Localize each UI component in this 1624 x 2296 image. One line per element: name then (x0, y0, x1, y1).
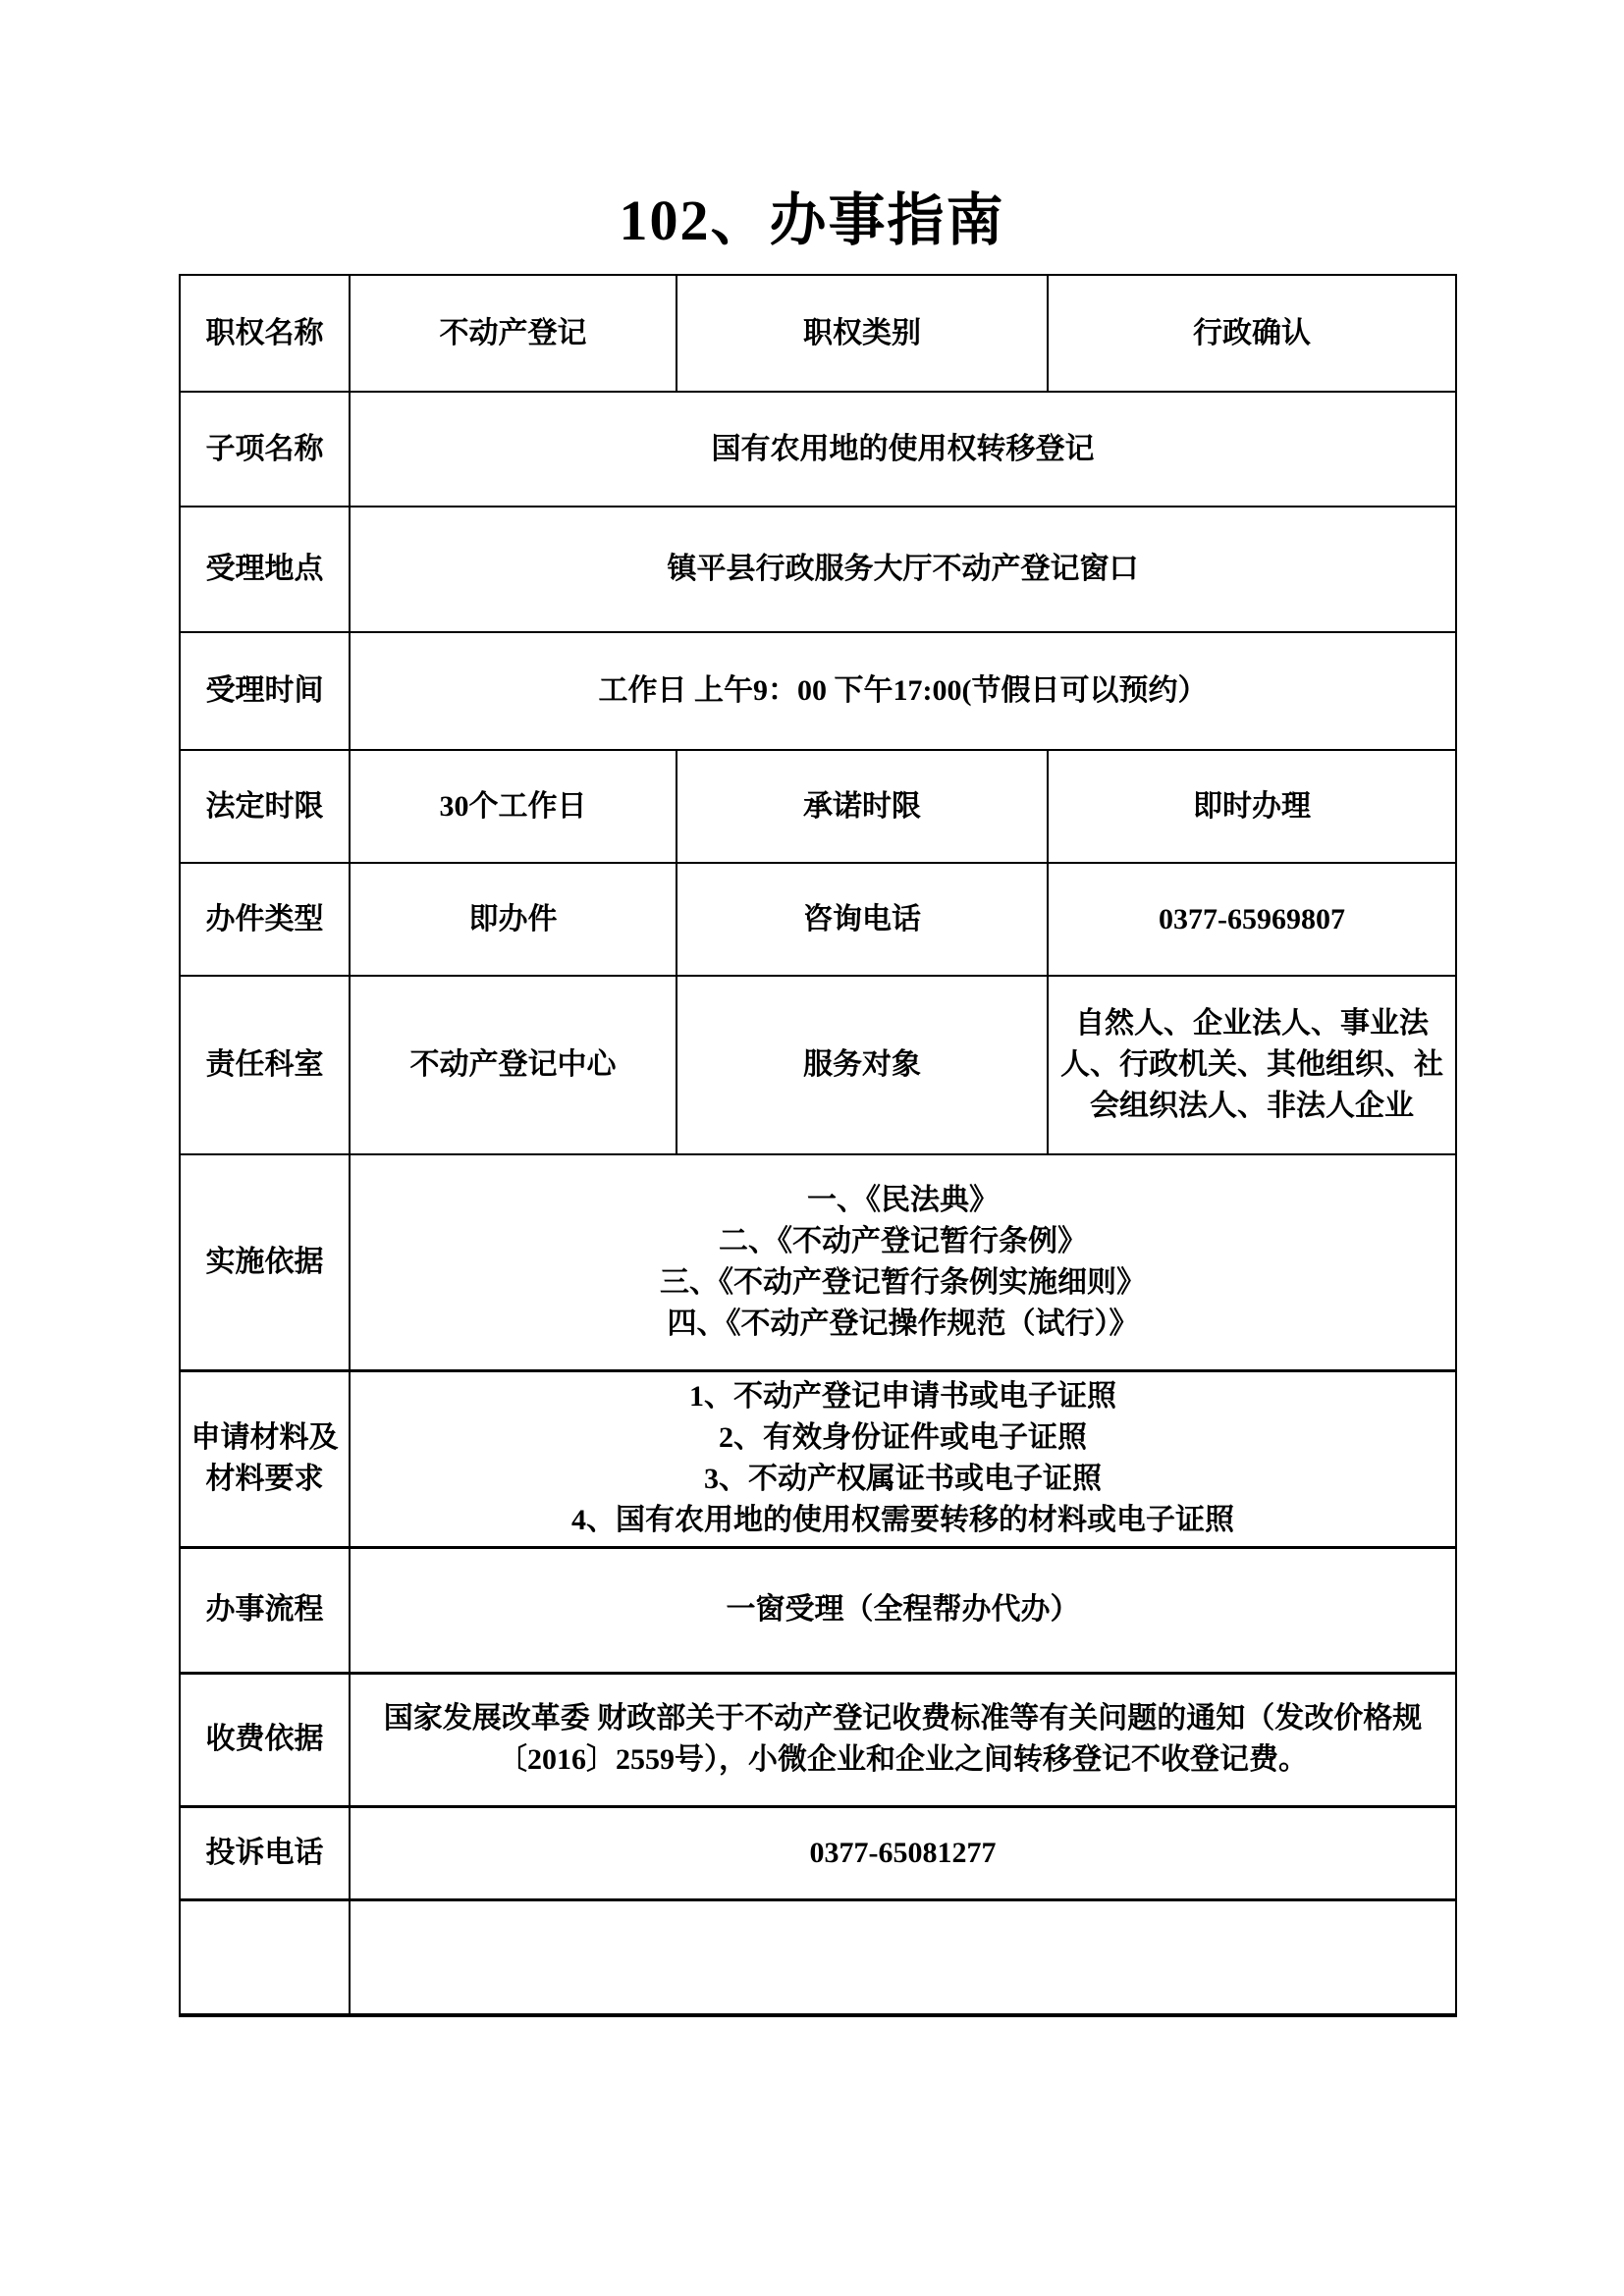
table-row-empty (180, 1899, 1456, 2015)
list-item: 三、《不动产登记暂行条例实施细则》 (356, 1262, 1449, 1304)
cell-empty-value (350, 1899, 1456, 2015)
row-label-service-audience: 服务对象 (677, 976, 1048, 1154)
cell-authority-name-value: 不动产登记 (350, 275, 677, 392)
row-label-authority-type: 职权类别 (677, 275, 1048, 392)
table-row-legal-time-limit: 法定时限 30个工作日 承诺时限 即时办理 (180, 750, 1456, 863)
table-row-authority-name: 职权名称 不动产登记 职权类别 行政确认 (180, 275, 1456, 392)
cell-implementation-basis-value: 一、《民法典》 二、《不动产登记暂行条例》 三、《不动产登记暂行条例实施细则》 … (350, 1154, 1456, 1370)
list-item: 1、不动产登记申请书或电子证照 (356, 1376, 1449, 1417)
table-row-implementation-basis: 实施依据 一、《民法典》 二、《不动产登记暂行条例》 三、《不动产登记暂行条例实… (180, 1154, 1456, 1370)
cell-legal-time-limit-value: 30个工作日 (350, 750, 677, 863)
table-row-accept-location: 受理地点 镇平县行政服务大厅不动产登记窗口 (180, 507, 1456, 632)
list-item: 2、有效身份证件或电子证照 (356, 1417, 1449, 1459)
cell-subitem-name-value: 国有农用地的使用权转移登记 (350, 392, 1456, 507)
cell-responsible-dept-value: 不动产登记中心 (350, 976, 677, 1154)
list-item: 四、《不动产登记操作规范（试行）》 (356, 1304, 1449, 1345)
row-label-inquiry-phone: 咨询电话 (677, 863, 1048, 976)
row-label-case-type: 办件类型 (180, 863, 350, 976)
list-item: 一、《民法典》 (356, 1180, 1449, 1221)
row-label-process: 办事流程 (180, 1547, 350, 1673)
cell-inquiry-phone-value: 0377-65969807 (1048, 863, 1456, 976)
row-label-implementation-basis: 实施依据 (180, 1154, 350, 1370)
cell-authority-type-value: 行政确认 (1048, 275, 1456, 392)
service-guide-table: 职权名称 不动产登记 职权类别 行政确认 子项名称 国有农用地的使用权转移登记 … (179, 274, 1457, 2017)
row-label-authority-name: 职权名称 (180, 275, 350, 392)
row-label-complaint-phone: 投诉电话 (180, 1806, 350, 1899)
table-row-complaint-phone: 投诉电话 0377-65081277 (180, 1806, 1456, 1899)
table-row-application-materials: 申请材料及材料要求 1、不动产登记申请书或电子证照 2、有效身份证件或电子证照 … (180, 1370, 1456, 1547)
page-title: 102、办事指南 (0, 0, 1624, 252)
row-label-empty (180, 1899, 350, 2015)
cell-process-value: 一窗受理（全程帮办代办） (350, 1547, 1456, 1673)
cell-complaint-phone-value: 0377-65081277 (350, 1806, 1456, 1899)
list-item: 3、不动产权属证书或电子证照 (356, 1459, 1449, 1500)
cell-accept-time-value: 工作日 上午9：00 下午17:00(节假日可以预约） (350, 632, 1456, 750)
cell-case-type-value: 即办件 (350, 863, 677, 976)
row-label-accept-location: 受理地点 (180, 507, 350, 632)
row-label-application-materials: 申请材料及材料要求 (180, 1370, 350, 1547)
table-row-case-type: 办件类型 即办件 咨询电话 0377-65969807 (180, 863, 1456, 976)
row-label-accept-time: 受理时间 (180, 632, 350, 750)
cell-fee-basis-value: 国家发展改革委 财政部关于不动产登记收费标准等有关问题的通知（发改价格规〔201… (350, 1673, 1456, 1806)
cell-accept-location-value: 镇平县行政服务大厅不动产登记窗口 (350, 507, 1456, 632)
list-item: 二、《不动产登记暂行条例》 (356, 1221, 1449, 1262)
table-row-fee-basis: 收费依据 国家发展改革委 财政部关于不动产登记收费标准等有关问题的通知（发改价格… (180, 1673, 1456, 1806)
row-label-responsible-dept: 责任科室 (180, 976, 350, 1154)
row-label-subitem-name: 子项名称 (180, 392, 350, 507)
row-label-legal-time-limit: 法定时限 (180, 750, 350, 863)
table-row-accept-time: 受理时间 工作日 上午9：00 下午17:00(节假日可以预约） (180, 632, 1456, 750)
cell-service-audience-value: 自然人、企业法人、事业法人、行政机关、其他组织、社会组织法人、非法人企业 (1048, 976, 1456, 1154)
cell-promised-time-limit-value: 即时办理 (1048, 750, 1456, 863)
document-page: 102、办事指南 职权名称 不动产登记 职权类别 行政确认 子项名称 国有农用地… (0, 0, 1624, 2296)
row-label-promised-time-limit: 承诺时限 (677, 750, 1048, 863)
table-row-process: 办事流程 一窗受理（全程帮办代办） (180, 1547, 1456, 1673)
list-item: 4、国有农用地的使用权需要转移的材料或电子证照 (356, 1500, 1449, 1541)
table-row-subitem-name: 子项名称 国有农用地的使用权转移登记 (180, 392, 1456, 507)
cell-application-materials-value: 1、不动产登记申请书或电子证照 2、有效身份证件或电子证照 3、不动产权属证书或… (350, 1370, 1456, 1547)
table-row-responsible-dept: 责任科室 不动产登记中心 服务对象 自然人、企业法人、事业法人、行政机关、其他组… (180, 976, 1456, 1154)
row-label-fee-basis: 收费依据 (180, 1673, 350, 1806)
